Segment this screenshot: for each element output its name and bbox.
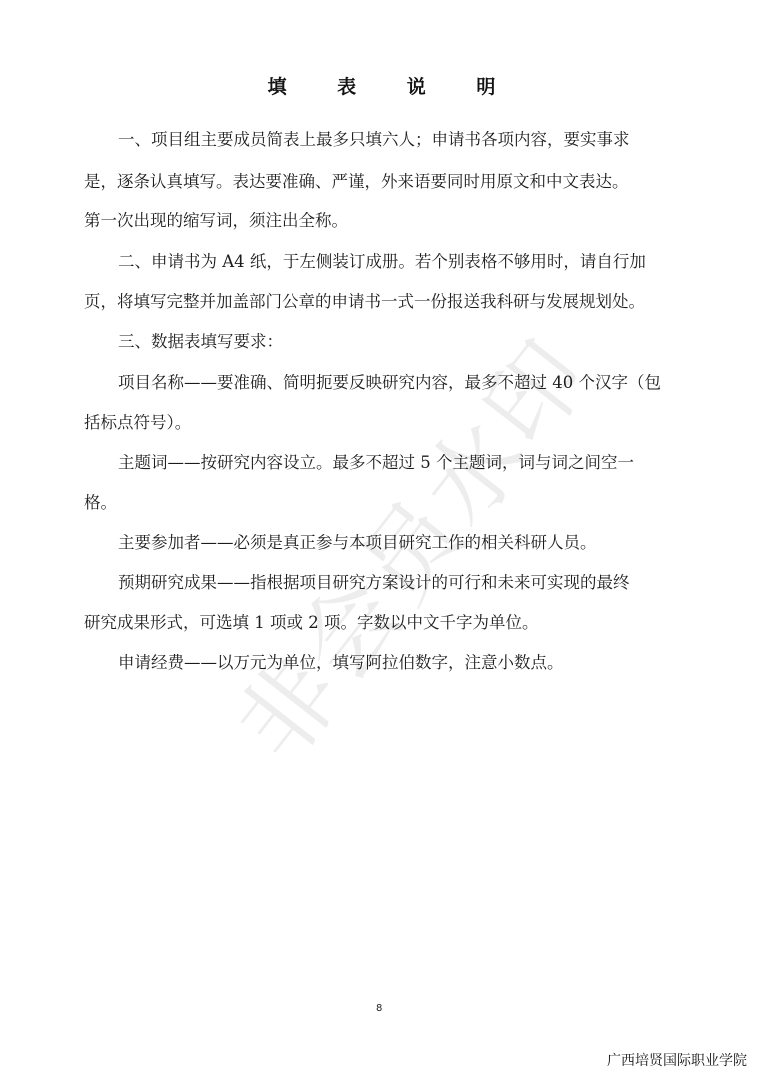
document-page: 非会员水印 填 表 说 明 一、项目组主要成员简表上最多只填六人；申请书各项内容… bbox=[0, 0, 763, 1080]
item-funding: 申请经费——以万元为单位，填写阿拉伯数字，注意小数点。 bbox=[118, 653, 564, 673]
paragraph-1-line-2: 是，逐条认真填写。表达要准确、严谨，外来语要同时用原文和中文表达。 bbox=[84, 172, 629, 192]
paragraph-2-line-2: 页，将填写完整并加盖部门公章的申请书一式一份报送我科研与发展规划处。 bbox=[84, 292, 645, 312]
item-expected-results-line-1: 预期研究成果——指根据项目研究方案设计的可行和未来可实现的最终 bbox=[118, 573, 630, 593]
item-project-name-line-1: 项目名称——要准确、简明扼要反映研究内容，最多不超过 40 个汉字（包 bbox=[118, 373, 661, 393]
item-expected-results-line-2: 研究成果形式，可选填 1 项或 2 项。字数以中文千字为单位。 bbox=[84, 613, 538, 633]
page-number: 8 bbox=[376, 1003, 382, 1014]
paragraph-1-line-3: 第一次出现的缩写词，须注出全称。 bbox=[84, 211, 348, 231]
paragraph-1-line-1: 一、项目组主要成员简表上最多只填六人；申请书各项内容，要实事求 bbox=[118, 130, 630, 150]
footer-organization: 广西培贤国际职业学院 bbox=[607, 1050, 747, 1070]
paragraph-3-heading: 三、数据表填写要求： bbox=[118, 332, 283, 352]
item-keywords-line-2: 格。 bbox=[84, 493, 117, 513]
item-keywords-line-1: 主题词——按研究内容设立。最多不超过 5 个主题词，词与词之间空一 bbox=[118, 453, 634, 473]
item-participants: 主要参加者——必须是真正参与本项目研究工作的相关科研人员。 bbox=[118, 533, 597, 553]
paragraph-2-line-1: 二、申请书为 A4 纸，于左侧装订成册。若个别表格不够用时，请自行加 bbox=[118, 252, 646, 272]
page-title: 填 表 说 明 bbox=[0, 72, 763, 99]
item-project-name-line-2: 括标点符号）。 bbox=[84, 413, 191, 433]
